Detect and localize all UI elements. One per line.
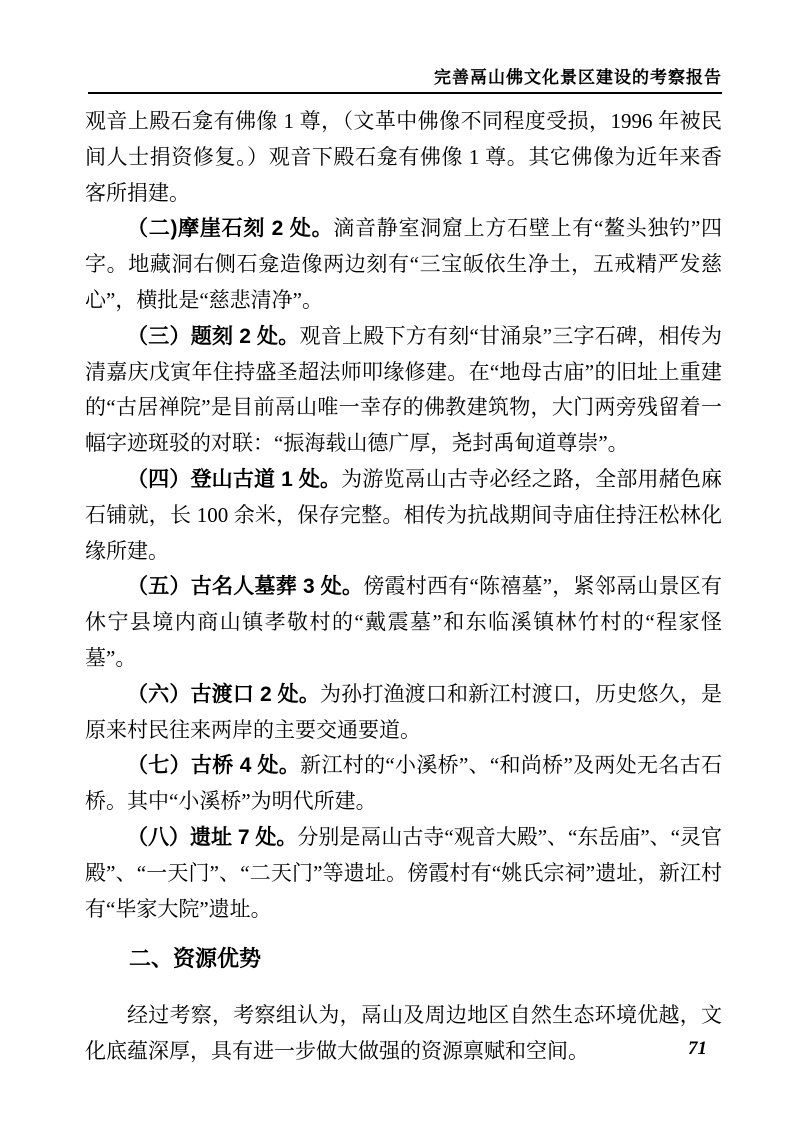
section-heading: 二、资源优势	[85, 941, 722, 977]
paragraph-item-3: （三）题刻 2 处。观音上殿下方有刻“甘涌泉”三字石碑，相传为清嘉庆戊寅年住持盛…	[85, 319, 722, 462]
paragraph-lead: （五）古名人墓葬 3 处。	[127, 575, 363, 598]
paragraph-item-8: （八）遗址 7 处。分别是鬲山古寺“观音大殿”、“东岳庙”、“灵官殿”、“一天门…	[85, 820, 722, 927]
document-page: 完善鬲山佛文化景区建设的考察报告 观音上殿石龛有佛像 1 尊，（文革中佛像不同程…	[0, 0, 803, 1133]
document-body: 观音上殿石龛有佛像 1 尊，（文革中佛像不同程度受损，1996 年被民间人士捐资…	[85, 104, 722, 1070]
paragraph-item-2: （二)摩崖石刻 2 处。滴音静室洞窟上方石壁上有“鳌头独钓”四字。地藏洞右侧石龛…	[85, 211, 722, 318]
paragraph-item-5: （五）古名人墓葬 3 处。傍霞村西有“陈禧墓”，紧邻鬲山景区有休宁县境内商山镇孝…	[85, 569, 722, 676]
paragraph-lead: （七）古桥 4 处。	[127, 754, 300, 777]
running-header-title: 完善鬲山佛文化景区建设的考察报告	[434, 63, 722, 88]
closing-paragraph: 经过考察，考察组认为，鬲山及周边地区自然生态环境优越，文化底蕴深厚，具有进一步做…	[85, 998, 722, 1070]
paragraph-lead: （六）古渡口 2 处。	[127, 683, 320, 706]
header-rule	[88, 92, 722, 94]
paragraph-text: 观音上殿石龛有佛像 1 尊，（文革中佛像不同程度受损，1996 年被民间人士捐资…	[85, 109, 722, 205]
paragraph-lead: （二)摩崖石刻 2 处。	[127, 217, 333, 240]
paragraph-continuation: 观音上殿石龛有佛像 1 尊，（文革中佛像不同程度受损，1996 年被民间人士捐资…	[85, 104, 722, 211]
paragraph-item-7: （七）古桥 4 处。新江村的“小溪桥”、“和尚桥”及两处无名古石桥。其中“小溪桥…	[85, 748, 722, 820]
paragraph-lead: （四）登山古道 1 处。	[127, 468, 341, 491]
paragraph-item-6: （六）古渡口 2 处。为孙打渔渡口和新江村渡口，历史悠久，是原来村民往来两岸的主…	[85, 677, 722, 749]
page-number: 71	[688, 1038, 707, 1060]
paragraph-lead: （三）题刻 2 处。	[127, 325, 300, 348]
paragraph-item-4: （四）登山古道 1 处。为游览鬲山古寺必经之路，全部用赭色麻石铺就，长 100 …	[85, 462, 722, 569]
paragraph-lead: （八）遗址 7 处。	[127, 826, 297, 849]
